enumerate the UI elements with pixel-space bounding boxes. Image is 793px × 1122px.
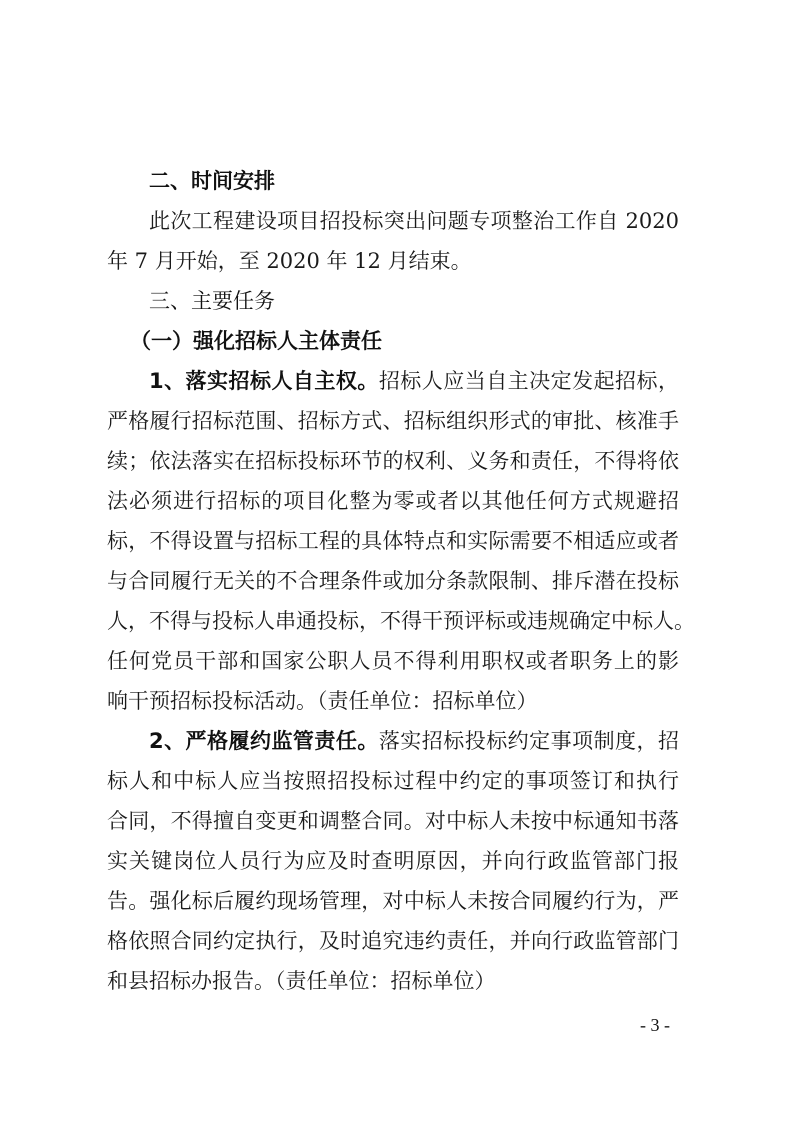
item2-text: 落实招标投标约定事项制度，招 bbox=[379, 729, 679, 753]
page-number: - 3 - bbox=[640, 1015, 670, 1036]
item2-title: 2、严格履约监管责任。 bbox=[149, 729, 379, 753]
item1-first-line: 1、落实招标人自主权。招标人应当自主决定发起招标， bbox=[149, 366, 679, 396]
paragraph-line: 标，不得设置与招标工程的具体特点和实际需要不相适应或者 bbox=[107, 526, 679, 556]
paragraph-line: 实关键岗位人员行为应及时查明原因，并向行政监管部门报 bbox=[107, 846, 679, 876]
paragraph-line: 法必须进行招标的项目化整为零或者以其他任何方式规避招 bbox=[107, 486, 679, 516]
paragraph-line: 任何党员干部和国家公职人员不得利用职权或者职务上的影 bbox=[107, 646, 679, 676]
paragraph-line: 与合同履行无关的不合理条件或加分条款限制、排斥潜在投标 bbox=[107, 566, 679, 596]
section-heading-main-tasks: 三、主要任务 bbox=[149, 286, 679, 316]
item2-first-line: 2、严格履约监管责任。落实招标投标约定事项制度，招 bbox=[149, 726, 679, 756]
section-heading-schedule: 二、时间安排 bbox=[149, 166, 679, 196]
item1-title: 1、落实招标人自主权。 bbox=[149, 369, 379, 393]
paragraph-line: 合同，不得擅自变更和调整合同。对中标人未按中标通知书落 bbox=[107, 806, 679, 836]
subsection-heading: （一）强化招标人主体责任 bbox=[130, 326, 660, 356]
paragraph-line: 告。强化标后履约现场管理，对中标人未按合同履约行为，严 bbox=[107, 886, 679, 916]
item1-text: 招标人应当自主决定发起招标， bbox=[379, 369, 679, 393]
paragraph-line: 续；依法落实在招标投标环节的权利、义务和责任，不得将依 bbox=[107, 446, 679, 476]
paragraph-line: 年 7 月开始，至 2020 年 12 月结束。 bbox=[107, 246, 679, 276]
document-page: 二、时间安排 此次工程建设项目招投标突出问题专项整治工作自 2020 年 7 月… bbox=[0, 0, 793, 1122]
paragraph-line: 人，不得与投标人串通投标，不得干预评标或违规确定中标人。 bbox=[107, 606, 679, 636]
paragraph-line: 标人和中标人应当按照招投标过程中约定的事项签订和执行 bbox=[107, 766, 679, 796]
paragraph-line: 和县招标办报告。（责任单位：招标单位） bbox=[107, 966, 679, 996]
paragraph-line: 严格履行招标范围、招标方式、招标组织形式的审批、核准手 bbox=[107, 406, 679, 436]
paragraph-line: 格依照合同约定执行，及时追究违约责任，并向行政监管部门 bbox=[107, 926, 679, 956]
paragraph-line: 响干预招标投标活动。（责任单位：招标单位） bbox=[107, 686, 679, 716]
paragraph-line: 此次工程建设项目招投标突出问题专项整治工作自 2020 bbox=[149, 206, 679, 236]
